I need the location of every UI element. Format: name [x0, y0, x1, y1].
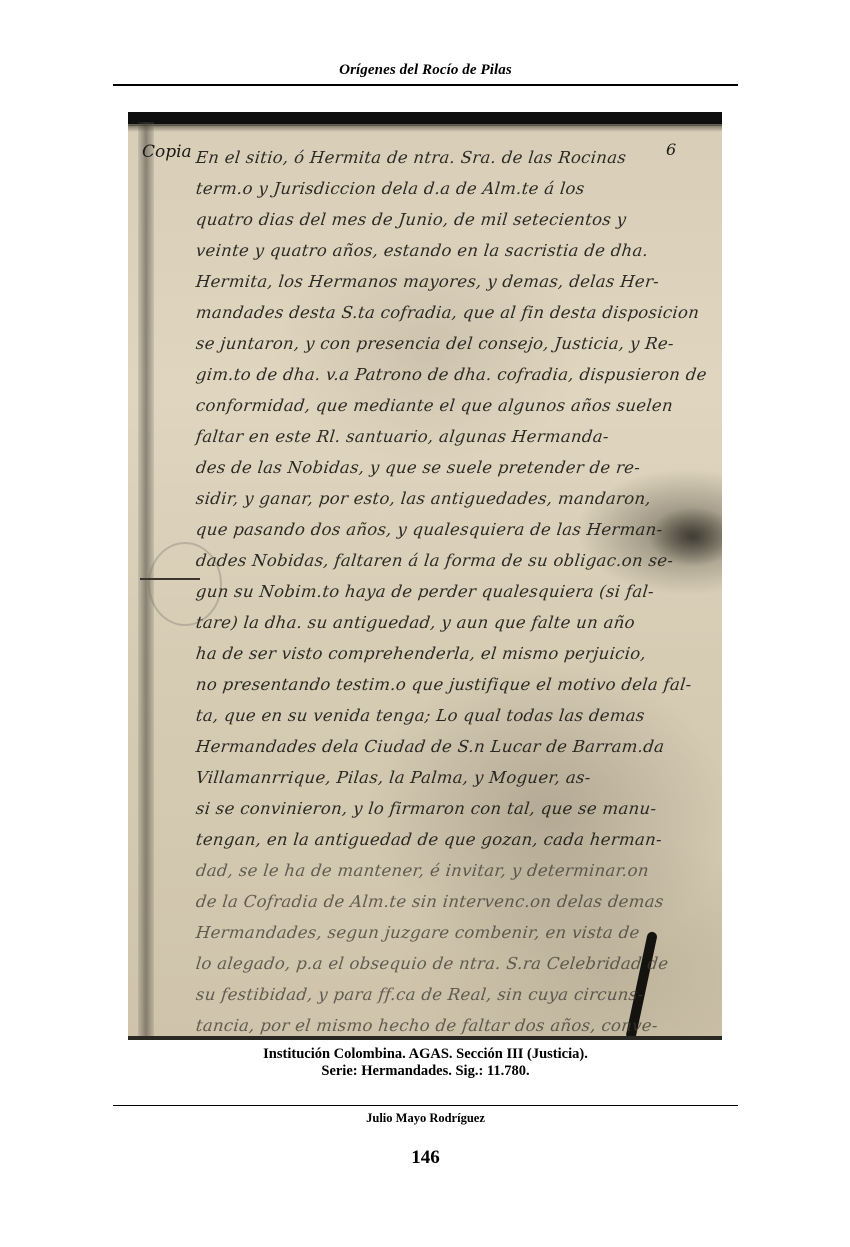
- manuscript-text: En el sitio, ó Hermita de ntra. Sra. de …: [196, 142, 716, 1040]
- manuscript-line: Hermita, los Hermanos mayores, y demas, …: [194, 266, 717, 297]
- footer-rule: [113, 1105, 738, 1106]
- manuscript-line: quatro dias del mes de Junio, de mil set…: [194, 204, 717, 235]
- margin-arrow-mark: [140, 578, 200, 580]
- header-rule: [113, 84, 738, 86]
- manuscript-line: des de las Nobidas, y que se suele prete…: [194, 452, 717, 483]
- manuscript-line: si se convinieron, y lo firmaron con tal…: [194, 793, 717, 824]
- manuscript-line: gim.to de dha. v.a Patrono de dha. cofra…: [194, 359, 717, 390]
- manuscript-line: lo alegado, p.a el obsequio de ntra. S.r…: [194, 948, 717, 979]
- manuscript-line: ha de ser visto comprehenderla, el mismo…: [194, 638, 717, 669]
- manuscript-line: sidir, y ganar, por esto, las antiguedad…: [194, 483, 717, 514]
- figure-caption: Institución Colombina. AGAS. Sección III…: [113, 1046, 738, 1080]
- manuscript-line: tare) la dha. su antiguedad, y aun que f…: [194, 607, 717, 638]
- manuscript-image: Copia 6 En el sitio, ó Hermita de ntra. …: [128, 112, 722, 1040]
- manuscript-line: ta, que en su venida tenga; Lo qual toda…: [194, 700, 717, 731]
- manuscript-line: de la Cofradia de Alm.te sin intervenc.o…: [194, 886, 717, 917]
- manuscript-line: gun su Nobim.to haya de perder qualesqui…: [194, 576, 717, 607]
- manuscript-line: dad, se le ha de mantener, é invitar, y …: [194, 855, 717, 886]
- manuscript-line: term.o y Jurisdiccion dela d.a de Alm.te…: [194, 173, 717, 204]
- manuscript-line: Villamanrrique, Pilas, la Palma, y Mogue…: [194, 762, 717, 793]
- manuscript-line: En el sitio, ó Hermita de ntra. Sra. de …: [194, 142, 717, 173]
- manuscript-line: conformidad, que mediante el que algunos…: [194, 390, 717, 421]
- manuscript-line: veinte y quatro años, estando en la sacr…: [194, 235, 717, 266]
- manuscript-line: dades Nobidas, faltaren á la forma de su…: [194, 545, 717, 576]
- manuscript-line: no presentando testim.o que justifique e…: [194, 669, 717, 700]
- manuscript-line: su festibidad, y para ff.ca de Real, sin…: [194, 979, 717, 1010]
- caption-line-source: Institución Colombina. AGAS. Sección III…: [113, 1046, 738, 1063]
- manuscript-line: mandades desta S.ta cofradia, que al fin…: [194, 297, 717, 328]
- manuscript-line: tengan, en la antiguedad de que gozan, c…: [194, 824, 717, 855]
- manuscript-line: Hermandades, segun juzgare combenir, en …: [194, 917, 717, 948]
- manuscript-line: faltar en este Rl. santuario, algunas He…: [194, 421, 717, 452]
- manuscript-line: se juntaron, y con presencia del consejo…: [194, 328, 717, 359]
- manuscript-line: que pasando dos años, y qualesquiera de …: [194, 514, 717, 545]
- manuscript-bottom-edge: [128, 1036, 722, 1040]
- caption-line-series: Serie: Hermandades. Sig.: 11.780.: [113, 1063, 738, 1080]
- page-number: 146: [113, 1147, 738, 1169]
- manuscript-line: Hermandades dela Ciudad de S.n Lucar de …: [194, 731, 717, 762]
- footer-author: Julio Mayo Rodríguez: [113, 1111, 738, 1126]
- running-header-title: Orígenes del Rocío de Pilas: [113, 62, 738, 79]
- margin-note-copia: Copia: [142, 142, 192, 162]
- manuscript-top-edge: [128, 112, 722, 126]
